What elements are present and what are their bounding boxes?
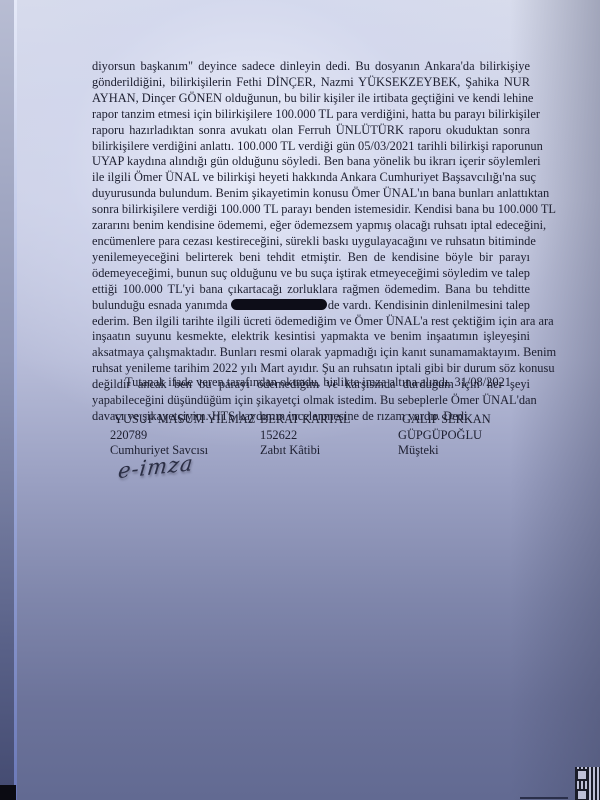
body-line: ederim. Ben ilgili tarihte ilgili ücreti…: [92, 314, 530, 330]
signatory-role: Zabıt Kâtibi: [260, 443, 351, 459]
qr-code-icon: [575, 767, 600, 800]
background-corner: [0, 785, 16, 800]
adjacent-page-edge: [0, 0, 16, 800]
body-line: yenilemeyeceğini belirterek beni tehdit …: [92, 250, 530, 266]
body-line: zararını benim kendisine ödememi, eğer ö…: [92, 218, 530, 234]
bottom-rule: [520, 797, 568, 799]
signatory-name-line1: GALİP SERKAN: [398, 412, 491, 428]
redacted-line-before: bulunduğu esnada yanımda: [92, 298, 228, 312]
body-line: diyorsun başkanım" deyince sadece dinley…: [92, 59, 530, 75]
signatory-id: 220789: [110, 428, 255, 444]
body-line: UYAP kaydına alındığı gün olduğunu söyle…: [92, 154, 530, 170]
body-line: encümenlere para cezası kestireceğini, s…: [92, 234, 530, 250]
signatory-clerk: BERAT KARTAL 152622 Zabıt Kâtibi: [260, 412, 351, 459]
signatory-complainant: GALİP SERKAN GÜPGÜPOĞLU Müşteki: [398, 412, 491, 459]
signatory-role: Müşteki: [398, 443, 491, 459]
body-line: duyurusunda bulundum. Benim şikayetimin …: [92, 186, 530, 202]
statement-body: diyorsun başkanım" deyince sadece dinley…: [92, 59, 530, 425]
redacted-line-after: de vardı. Kendisinin dinlenilmesini tale…: [328, 298, 530, 312]
body-line-redacted: bulunduğu esnada yanımda de vardı. Kendi…: [92, 298, 530, 314]
redaction-mark: [231, 299, 327, 310]
body-line: sonra bilirkişilere verdiği 100.000 TL p…: [92, 202, 530, 218]
body-line: bilirkişilere verdiğini anlattı. 100.000…: [92, 139, 530, 155]
signatory-name: YUSUF MASUM YILMAZ: [110, 412, 255, 428]
body-line: gönderildiğini, bilirkişilerin Fethi DİN…: [92, 75, 530, 91]
body-line: rapor tanzim etmesi için bilirkişilere 1…: [92, 107, 530, 123]
body-line: ile ilgili Ömer ÜNAL ve bilirkişi heyeti…: [92, 170, 530, 186]
body-line: raporu hazırladıktan sonra avukatı olan …: [92, 123, 530, 139]
signatory-id: 152622: [260, 428, 351, 444]
body-line: ödemeyeceğimi, bunun suç olduğunu ve bu …: [92, 266, 530, 282]
body-line: yapabileceğini düşündüğüm için şikayetçi…: [92, 393, 530, 409]
body-line: ettiği 100.000 TL'yi bana çıkartacağı zo…: [92, 282, 530, 298]
body-line: AYHAN, Dinçer GÖNEN olduğunun, bu bilir …: [92, 91, 530, 107]
closing-statement: Tutanak ifade veren tarafından okundu, b…: [125, 375, 511, 390]
body-line: aksatmaya çalışmaktadır. Bunları resmi o…: [92, 345, 530, 361]
body-line: inşaatın suyunu kesmekte, elektrik kesin…: [92, 329, 530, 345]
signatory-name-line2: GÜPGÜPOĞLU: [398, 428, 491, 444]
signatory-name: BERAT KARTAL: [260, 412, 351, 428]
